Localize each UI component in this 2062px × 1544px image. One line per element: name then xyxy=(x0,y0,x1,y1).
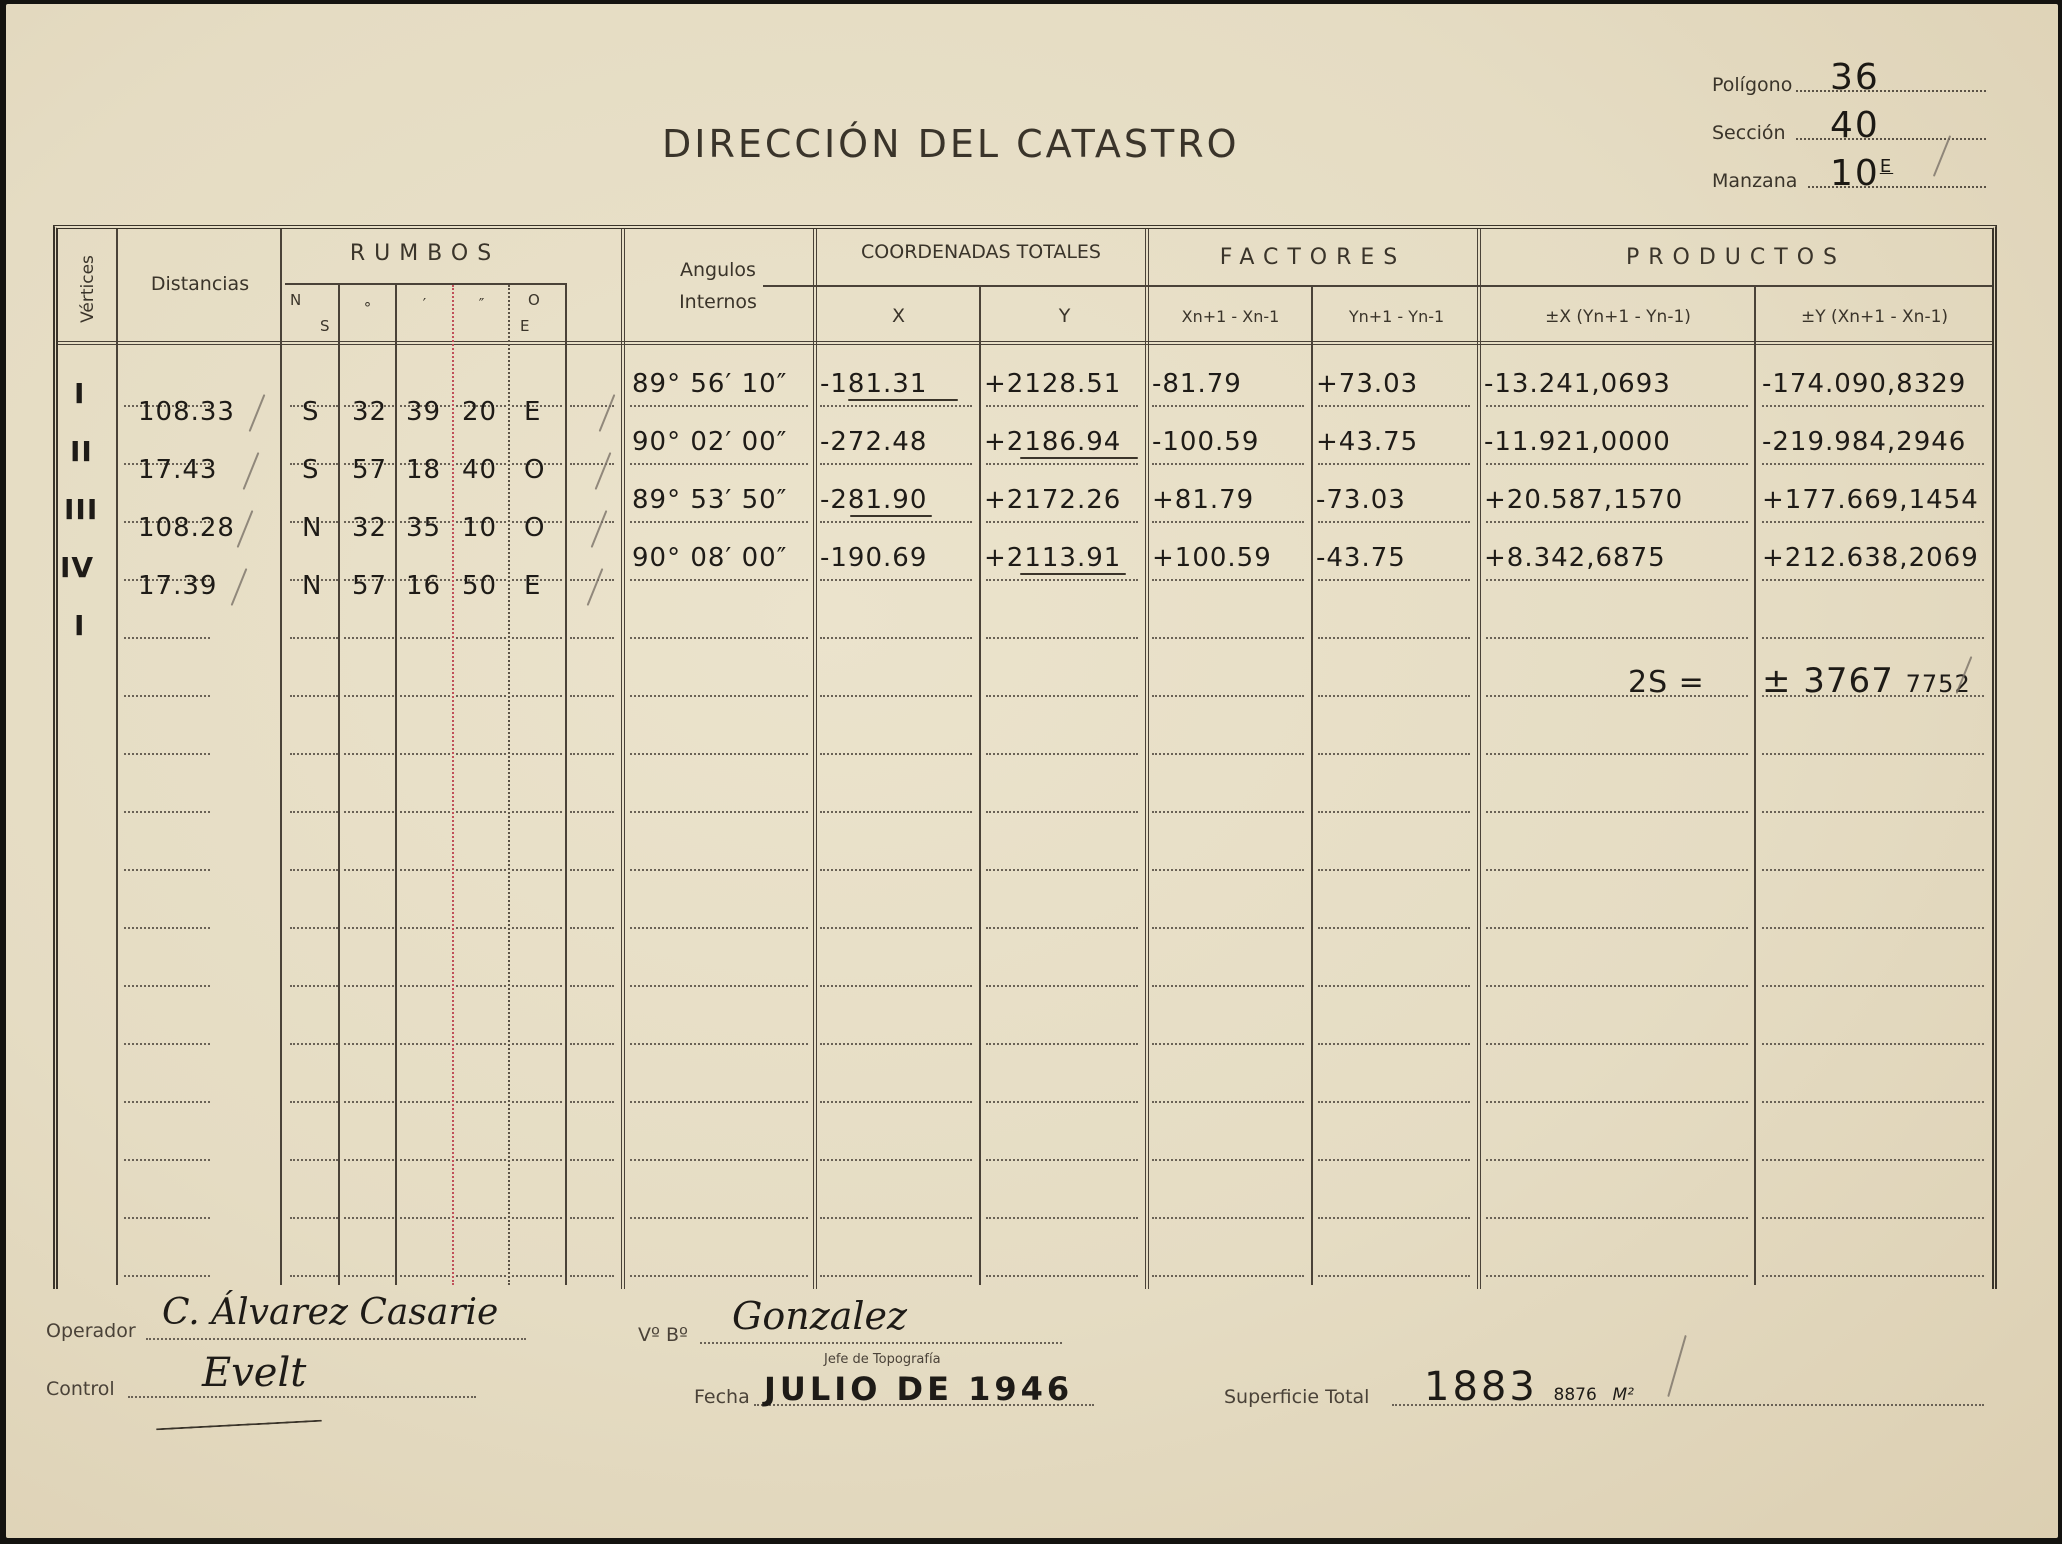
segment-sec: 20 xyxy=(462,397,497,427)
point-y: +2128.51 xyxy=(984,369,1121,399)
header-coord-x: X xyxy=(816,305,981,327)
point-angle: 90° 02′ 00″ xyxy=(632,427,787,457)
superficie-value: 1883 8876 M² xyxy=(1424,1364,1634,1410)
check-mark-icon xyxy=(1667,1335,1687,1397)
document-title: DIRECCIÓN DEL CATASTRO xyxy=(662,122,1240,166)
point-px: +20.587,1570 xyxy=(1484,485,1683,515)
seccion-value: 40 xyxy=(1830,105,1880,146)
vobo-label: Vº Bº xyxy=(638,1324,688,1346)
check-mark-icon xyxy=(237,510,254,548)
point-px: +8.342,6875 xyxy=(1484,543,1666,573)
segment-distance: 108.33 xyxy=(138,397,235,427)
segment-min: 16 xyxy=(406,571,441,601)
check-mark-icon xyxy=(243,452,260,490)
point-fx: +100.59 xyxy=(1152,543,1272,573)
point-x: -281.90 xyxy=(820,485,927,515)
double-area-value: ± 3767 7752 xyxy=(1762,661,1971,701)
point-fy: -43.75 xyxy=(1316,543,1406,573)
header-coordenadas: COORDENADAS TOTALES xyxy=(816,241,1146,263)
point-x: -190.69 xyxy=(820,543,927,573)
point-y: +2172.26 xyxy=(984,485,1121,515)
vertex-label: IV xyxy=(60,551,94,584)
vertex-label: I xyxy=(74,377,85,410)
segment-deg: 32 xyxy=(352,397,387,427)
operador-label: Operador xyxy=(46,1320,136,1342)
point-x: -272.48 xyxy=(820,427,927,457)
check-mark-icon xyxy=(249,394,266,432)
segment-min: 39 xyxy=(406,397,441,427)
vobo-signature: Gonzalez xyxy=(732,1294,907,1338)
jefe-label: Jefe de Topografía xyxy=(824,1352,941,1367)
segment-oe: O xyxy=(524,513,545,543)
point-px: -13.241,0693 xyxy=(1484,369,1671,399)
check-mark-icon xyxy=(591,510,608,548)
operador-signature: C. Álvarez Casarie xyxy=(162,1292,498,1333)
vertex-label: III xyxy=(64,493,98,526)
control-signature: Evelt xyxy=(202,1350,306,1396)
point-fx: +81.79 xyxy=(1152,485,1254,515)
point-y: +2113.91 xyxy=(984,543,1121,573)
header-rumbos: RUMBOS xyxy=(285,241,565,266)
segment-oe: E xyxy=(524,571,541,601)
point-fy: -73.03 xyxy=(1316,485,1406,515)
segment-distance: 17.39 xyxy=(138,571,217,601)
check-mark-icon xyxy=(587,568,604,606)
segment-distance: 108.28 xyxy=(138,513,235,543)
segment-min: 18 xyxy=(406,455,441,485)
double-area-label: 2S = xyxy=(1628,665,1705,700)
check-mark-icon xyxy=(231,568,248,606)
segment-oe: E xyxy=(524,397,541,427)
survey-table: Vértices Distancias RUMBOS N S ° ′ ″ O E… xyxy=(53,225,1997,1289)
segment-deg: 32 xyxy=(352,513,387,543)
vertex-label: I xyxy=(74,609,85,642)
point-y: +2186.94 xyxy=(984,427,1121,457)
control-label: Control xyxy=(46,1378,115,1400)
segment-oe: O xyxy=(524,455,545,485)
segment-sec: 40 xyxy=(462,455,497,485)
segment-ns: S xyxy=(302,455,320,485)
point-fy: +43.75 xyxy=(1316,427,1418,457)
point-py: +177.669,1454 xyxy=(1762,485,1979,515)
fecha-value: JULIO DE 1946 xyxy=(764,1370,1073,1408)
point-px: -11.921,0000 xyxy=(1484,427,1671,457)
header-factor-y: Yn+1 - Yn-1 xyxy=(1314,307,1479,326)
header-factores: FACTORES xyxy=(1148,245,1478,270)
fecha-label: Fecha xyxy=(694,1386,750,1408)
segment-sec: 50 xyxy=(462,571,497,601)
poligono-value: 36 xyxy=(1830,57,1880,98)
poligono-field: Polígono 36 xyxy=(1712,62,1986,102)
manzana-value: 10E xyxy=(1830,153,1893,194)
segment-deg: 57 xyxy=(352,571,387,601)
vertex-label: II xyxy=(70,435,93,468)
point-angle: 90° 08′ 00″ xyxy=(632,543,787,573)
point-angle: 89° 56′ 10″ xyxy=(632,369,787,399)
catastro-form-sheet: DIRECCIÓN DEL CATASTRO Polígono 36 Secci… xyxy=(6,4,2058,1538)
manzana-field: Manzana 10E xyxy=(1712,158,1986,198)
segment-min: 35 xyxy=(406,513,441,543)
check-mark-icon xyxy=(599,394,616,432)
header-coord-y: Y xyxy=(982,305,1147,327)
segment-sec: 10 xyxy=(462,513,497,543)
segment-distance: 17.43 xyxy=(138,455,217,485)
point-fx: -100.59 xyxy=(1152,427,1259,457)
point-x: -181.31 xyxy=(820,369,927,399)
header-producto-y: ±Y (Xn+1 - Xn-1) xyxy=(1757,307,1992,327)
segment-deg: 57 xyxy=(352,455,387,485)
segment-ns: N xyxy=(302,513,322,543)
superficie-label: Superficie Total xyxy=(1224,1386,1369,1408)
point-fx: -81.79 xyxy=(1152,369,1242,399)
header-producto-x: ±X (Yn+1 - Yn-1) xyxy=(1480,307,1756,327)
segment-ns: N xyxy=(302,571,322,601)
point-py: -219.984,2946 xyxy=(1762,427,1966,457)
point-angle: 89° 53′ 50″ xyxy=(632,485,787,515)
check-mark-icon xyxy=(595,452,612,490)
point-py: +212.638,2069 xyxy=(1762,543,1979,573)
header-angulos: Angulos xyxy=(624,259,812,281)
header-productos: PRODUCTOS xyxy=(1480,245,1992,270)
point-fy: +73.03 xyxy=(1316,369,1418,399)
header-factor-x: Xn+1 - Xn-1 xyxy=(1148,307,1313,326)
header-distancias: Distancias xyxy=(120,273,280,295)
header-vertices: Vértices xyxy=(62,249,114,329)
point-py: -174.090,8329 xyxy=(1762,369,1966,399)
segment-ns: S xyxy=(302,397,320,427)
